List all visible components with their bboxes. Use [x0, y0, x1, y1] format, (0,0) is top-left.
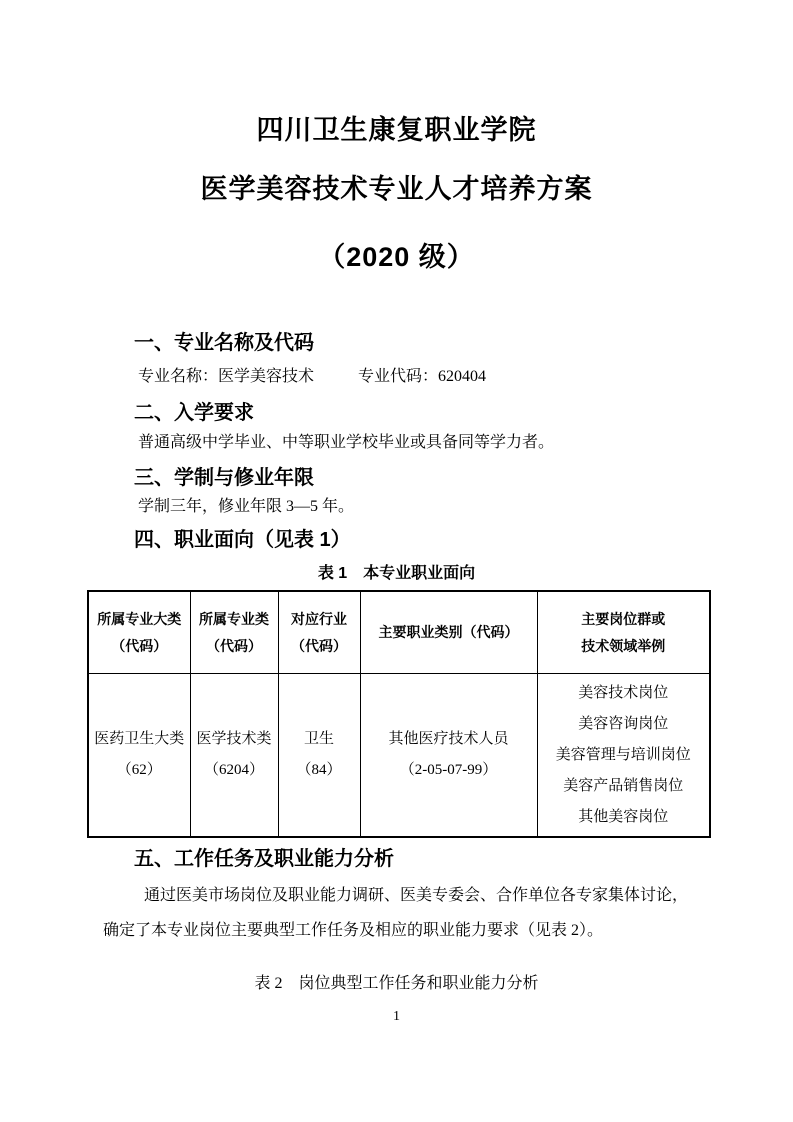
cell-line: （62）	[89, 755, 190, 786]
section-heading-1: 一、专业名称及代码	[134, 331, 314, 355]
document-page: 四川卫生康复职业学院 医学美容技术专业人才培养方案 （2020 级） 一、专业名…	[0, 0, 793, 1122]
section-heading-5: 五、工作任务及职业能力分析	[134, 847, 394, 871]
major-name-text: 专业名称：医学美容技术	[138, 368, 314, 385]
cell-line: 美容产品销售岗位	[538, 771, 710, 802]
table-header-row: 所属专业大类 （代码） 所属专业类 （代码） 对应行业 （代码） 主要职业类别（…	[88, 591, 710, 674]
cell-line: 美容咨询岗位	[538, 709, 710, 740]
work-task-analysis-paragraph: 通过医美市场岗位及职业能力调研、医美专委会、合作单位各专家集体讨论， 确定了本专…	[103, 878, 693, 948]
admission-requirement-text: 普通高级中学毕业、中等职业学校毕业或具备同等学力者。	[138, 432, 554, 453]
header-line: 对应行业	[279, 606, 360, 633]
table1-caption: 表 1 本专业职业面向	[0, 563, 793, 584]
occupation-orientation-table: 所属专业大类 （代码） 所属专业类 （代码） 对应行业 （代码） 主要职业类别（…	[87, 590, 711, 838]
section-heading-2: 二、入学要求	[134, 401, 254, 425]
major-code-text: 专业代码：620404	[358, 368, 486, 385]
header-line: 主要职业类别（代码）	[361, 619, 537, 646]
cell-line: （84）	[279, 755, 360, 786]
paragraph-line: 确定了本专业岗位主要典型工作任务及相应的职业能力要求（见表 2）。	[103, 913, 693, 948]
cell-line: （2-05-07-99）	[361, 755, 537, 786]
header-line: （代码）	[191, 633, 278, 660]
cell-line: （6204）	[191, 755, 278, 786]
header-cell-occupation-category: 主要职业类别（代码）	[360, 591, 537, 674]
header-cell-industry: 对应行业 （代码）	[278, 591, 360, 674]
cell-post-group: 美容技术岗位 美容咨询岗位 美容管理与培训岗位 美容产品销售岗位 其他美容岗位	[537, 674, 710, 838]
header-line: 技术领域举例	[538, 633, 710, 660]
cell-line: 其他医疗技术人员	[361, 724, 537, 755]
cell-industry: 卫生 （84）	[278, 674, 360, 838]
header-line: 所属专业类	[191, 606, 278, 633]
section-heading-4: 四、职业面向（见表 1）	[134, 528, 351, 552]
table2-caption: 表 2 岗位典型工作任务和职业能力分析	[0, 973, 793, 994]
header-line: （代码）	[89, 633, 190, 660]
doc-title-program: 医学美容技术专业人才培养方案	[0, 173, 793, 205]
header-cell-major-class: 所属专业类 （代码）	[190, 591, 278, 674]
cell-line: 其他美容岗位	[538, 802, 710, 833]
cell-line: 医学技术类	[191, 724, 278, 755]
header-cell-post-group: 主要岗位群或 技术领域举例	[537, 591, 710, 674]
cell-line: 医药卫生大类	[89, 724, 190, 755]
cell-major-class: 医学技术类 （6204）	[190, 674, 278, 838]
doc-title-school: 四川卫生康复职业学院	[0, 114, 793, 146]
schooling-years-text: 学制三年，修业年限 3—5 年。	[138, 496, 354, 517]
cell-line: 美容技术岗位	[538, 678, 710, 709]
header-line: 所属专业大类	[89, 606, 190, 633]
cell-major-category: 医药卫生大类 （62）	[88, 674, 190, 838]
header-line: （代码）	[279, 633, 360, 660]
section-heading-3: 三、学制与修业年限	[134, 466, 314, 490]
header-cell-major-category: 所属专业大类 （代码）	[88, 591, 190, 674]
cell-line: 美容管理与培训岗位	[538, 740, 710, 771]
cell-occupation-category: 其他医疗技术人员 （2-05-07-99）	[360, 674, 537, 838]
cell-line: 卫生	[279, 724, 360, 755]
page-number: 1	[0, 1008, 793, 1026]
paragraph-line: 通过医美市场岗位及职业能力调研、医美专委会、合作单位各专家集体讨论，	[103, 878, 693, 913]
doc-title-cohort: （2020 级）	[0, 241, 793, 273]
major-name-code-line: 专业名称：医学美容技术专业代码：620404	[138, 366, 486, 387]
table-data-row: 医药卫生大类 （62） 医学技术类 （6204） 卫生 （84） 其他医疗技术人…	[88, 674, 710, 838]
header-line: 主要岗位群或	[538, 606, 710, 633]
